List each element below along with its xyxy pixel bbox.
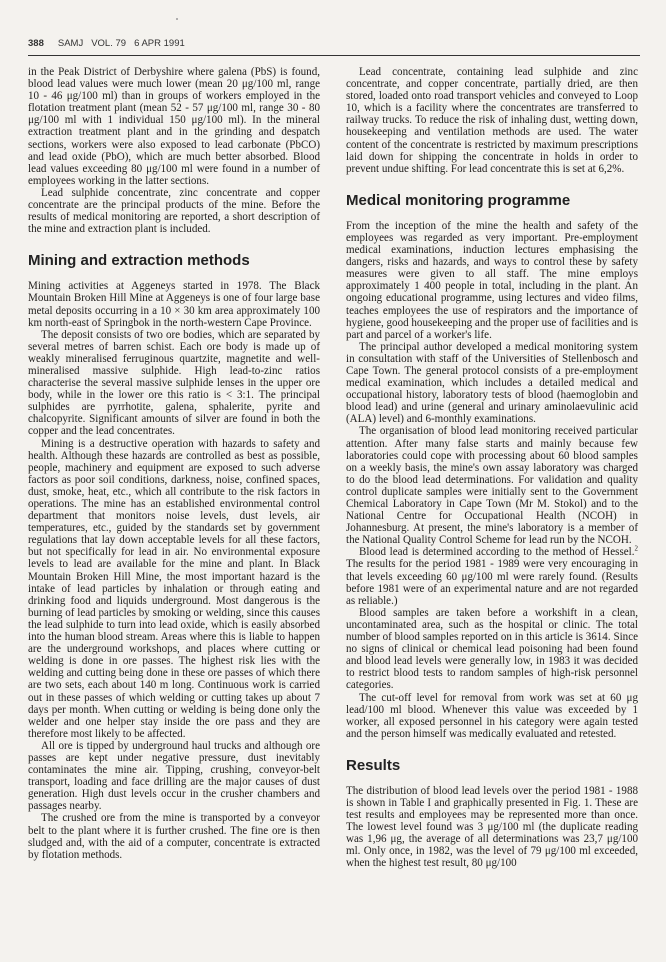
paragraph: The crushed ore from the mine is transpo… — [28, 812, 320, 860]
section-heading-results: Results — [346, 757, 638, 775]
section-heading-medical: Medical monitoring programme — [346, 192, 638, 210]
running-header: 388 SAMJ VOL. 79 6 APR 1991 — [28, 38, 640, 49]
left-column: in the Peak District of Derbyshire where… — [28, 66, 320, 861]
paragraph: Mining activities at Aggeneys started in… — [28, 280, 320, 328]
paragraph: The distribution of blood lead levels ov… — [346, 785, 638, 870]
issue-date: 6 APR 1991 — [134, 38, 185, 49]
paragraph: The organisation of blood lead monitorin… — [346, 425, 638, 546]
paragraph: The cut-off level for removal from work … — [346, 692, 638, 740]
paragraph: in the Peak District of Derbyshire where… — [28, 66, 320, 187]
section-heading-mining: Mining and extraction methods — [28, 252, 320, 270]
paragraph: Mining is a destructive operation with h… — [28, 438, 320, 740]
journal-name: SAMJ — [58, 38, 83, 49]
header-rule — [28, 55, 640, 56]
paragraph: Lead sulphide concentrate, zinc concentr… — [28, 187, 320, 235]
volume: VOL. 79 — [91, 38, 126, 49]
paragraph: The principal author developed a medical… — [346, 341, 638, 426]
journal-page: 388 SAMJ VOL. 79 6 APR 1991 in the Peak … — [0, 0, 666, 962]
paragraph-text: Blood lead is determined according to th… — [359, 546, 635, 558]
scan-speck — [176, 18, 178, 20]
paragraph: From the inception of the mine the healt… — [346, 220, 638, 341]
right-column: Lead concentrate, containing lead sulphi… — [346, 66, 638, 870]
paragraph: Blood lead is determined according to th… — [346, 546, 638, 606]
paragraph: All ore is tipped by underground haul tr… — [28, 740, 320, 813]
reference-marker: 2 — [635, 545, 639, 553]
paragraph: Blood samples are taken before a workshi… — [346, 607, 638, 692]
page-number: 388 — [28, 38, 44, 49]
paragraph: The deposit consists of two ore bodies, … — [28, 329, 320, 438]
paragraph: Lead concentrate, containing lead sulphi… — [346, 66, 638, 175]
paragraph-text: The results for the period 1981 - 1989 w… — [346, 558, 638, 606]
